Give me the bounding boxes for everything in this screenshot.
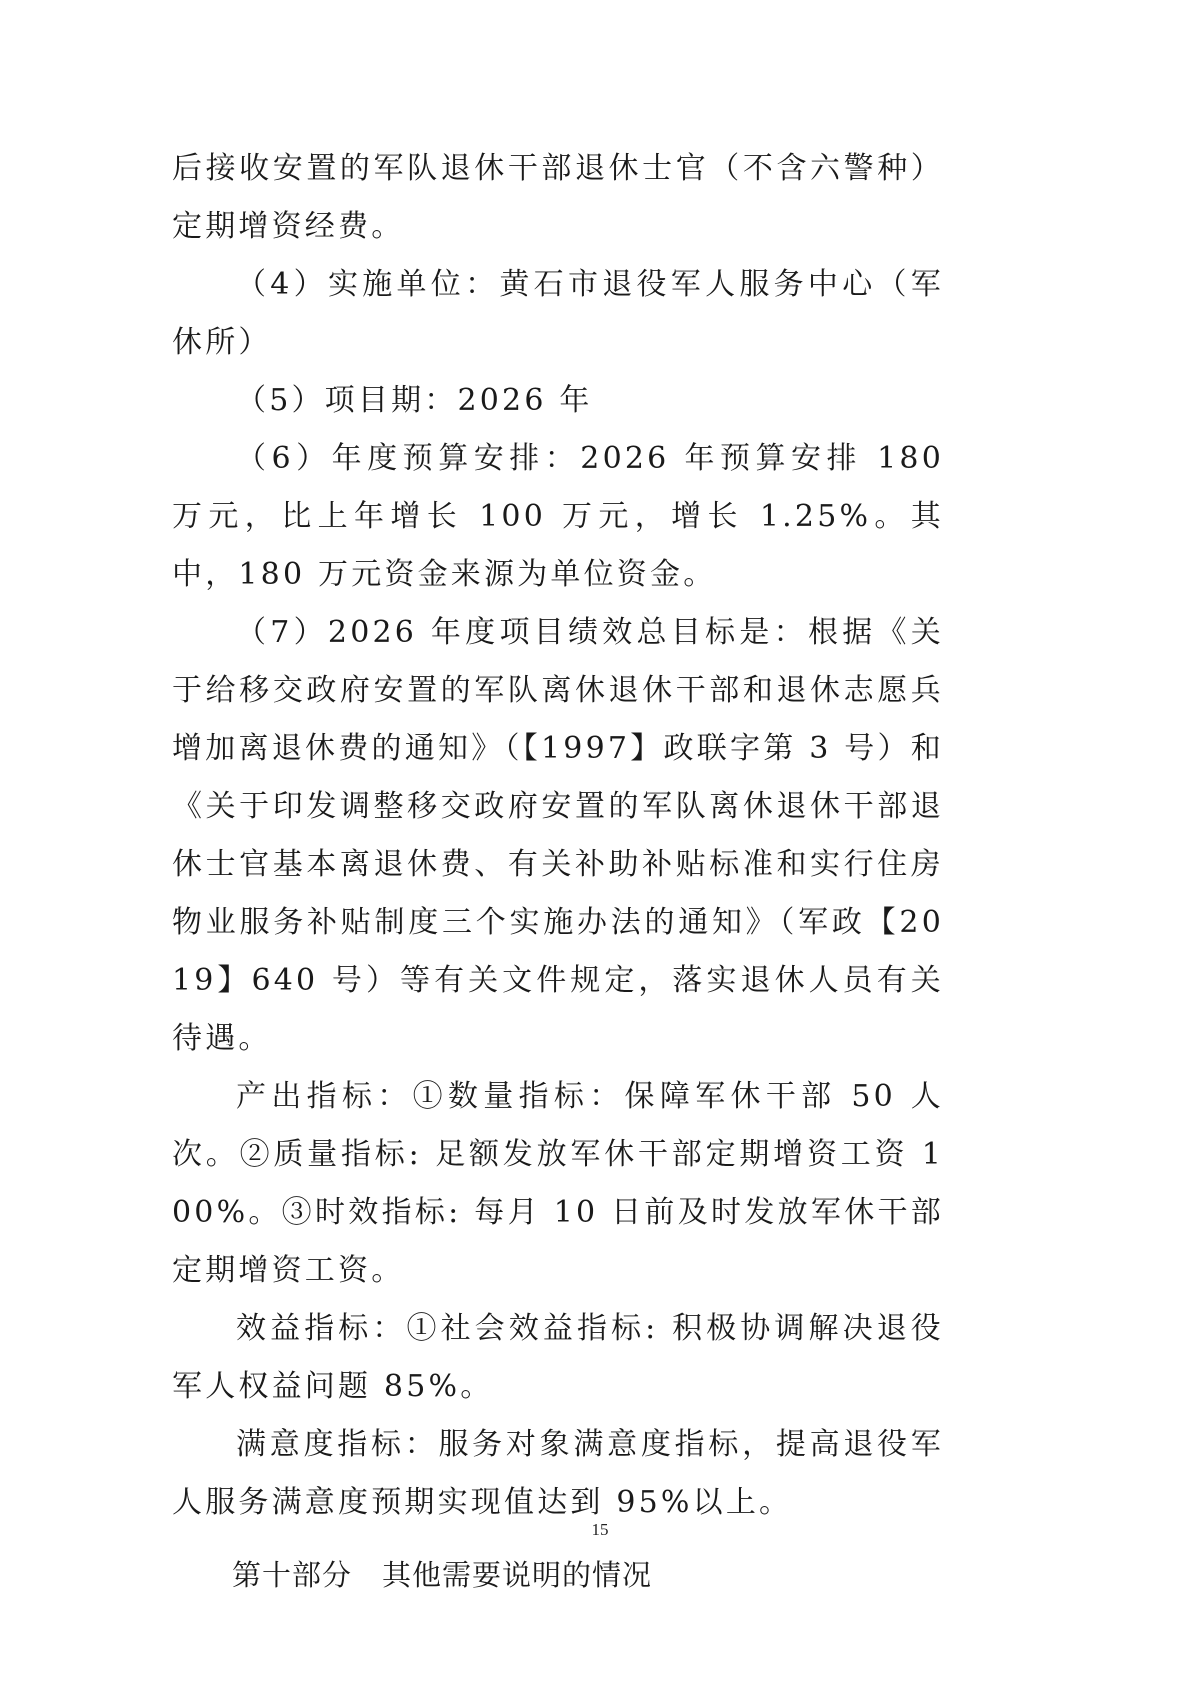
paragraph-project-period: （5）项目期：2026 年 <box>172 372 944 430</box>
paragraph-benefit-indicators: 效益指标：①社会效益指标: 积极协调解决退役军人权益问题 85%。 <box>172 1300 944 1416</box>
page-number: 15 <box>0 1520 1200 1540</box>
paragraph-annual-budget: （6）年度预算安排：2026 年预算安排 180 万元，比上年增长 100 万元… <box>172 430 944 604</box>
paragraph-performance-goal: （7）2026 年度项目绩效总目标是：根据《关于给移交政府安置的军队离休退休干部… <box>172 604 944 1068</box>
paragraph-output-indicators: 产出指标：①数量指标：保障军休干部 50 人次。②质量指标: 足额发放军休干部定… <box>172 1068 944 1300</box>
section-heading: 第十部分 其他需要说明的情况 <box>172 1546 944 1604</box>
paragraph-satisfaction-indicators: 满意度指标：服务对象满意度指标，提高退役军人服务满意度预期实现值达到 95%以上… <box>172 1416 944 1532</box>
paragraph-implementing-unit: （4）实施单位：黄石市退役军人服务中心（军休所） <box>172 256 944 372</box>
paragraph-funding-scope: 后接收安置的军队退休干部退休士官（不含六警种）定期增资经费。 <box>172 140 944 256</box>
document-body: 后接收安置的军队退休干部退休士官（不含六警种）定期增资经费。 （4）实施单位：黄… <box>172 140 944 1604</box>
document-page: 后接收安置的军队退休干部退休士官（不含六警种）定期增资经费。 （4）实施单位：黄… <box>0 0 1200 1697</box>
